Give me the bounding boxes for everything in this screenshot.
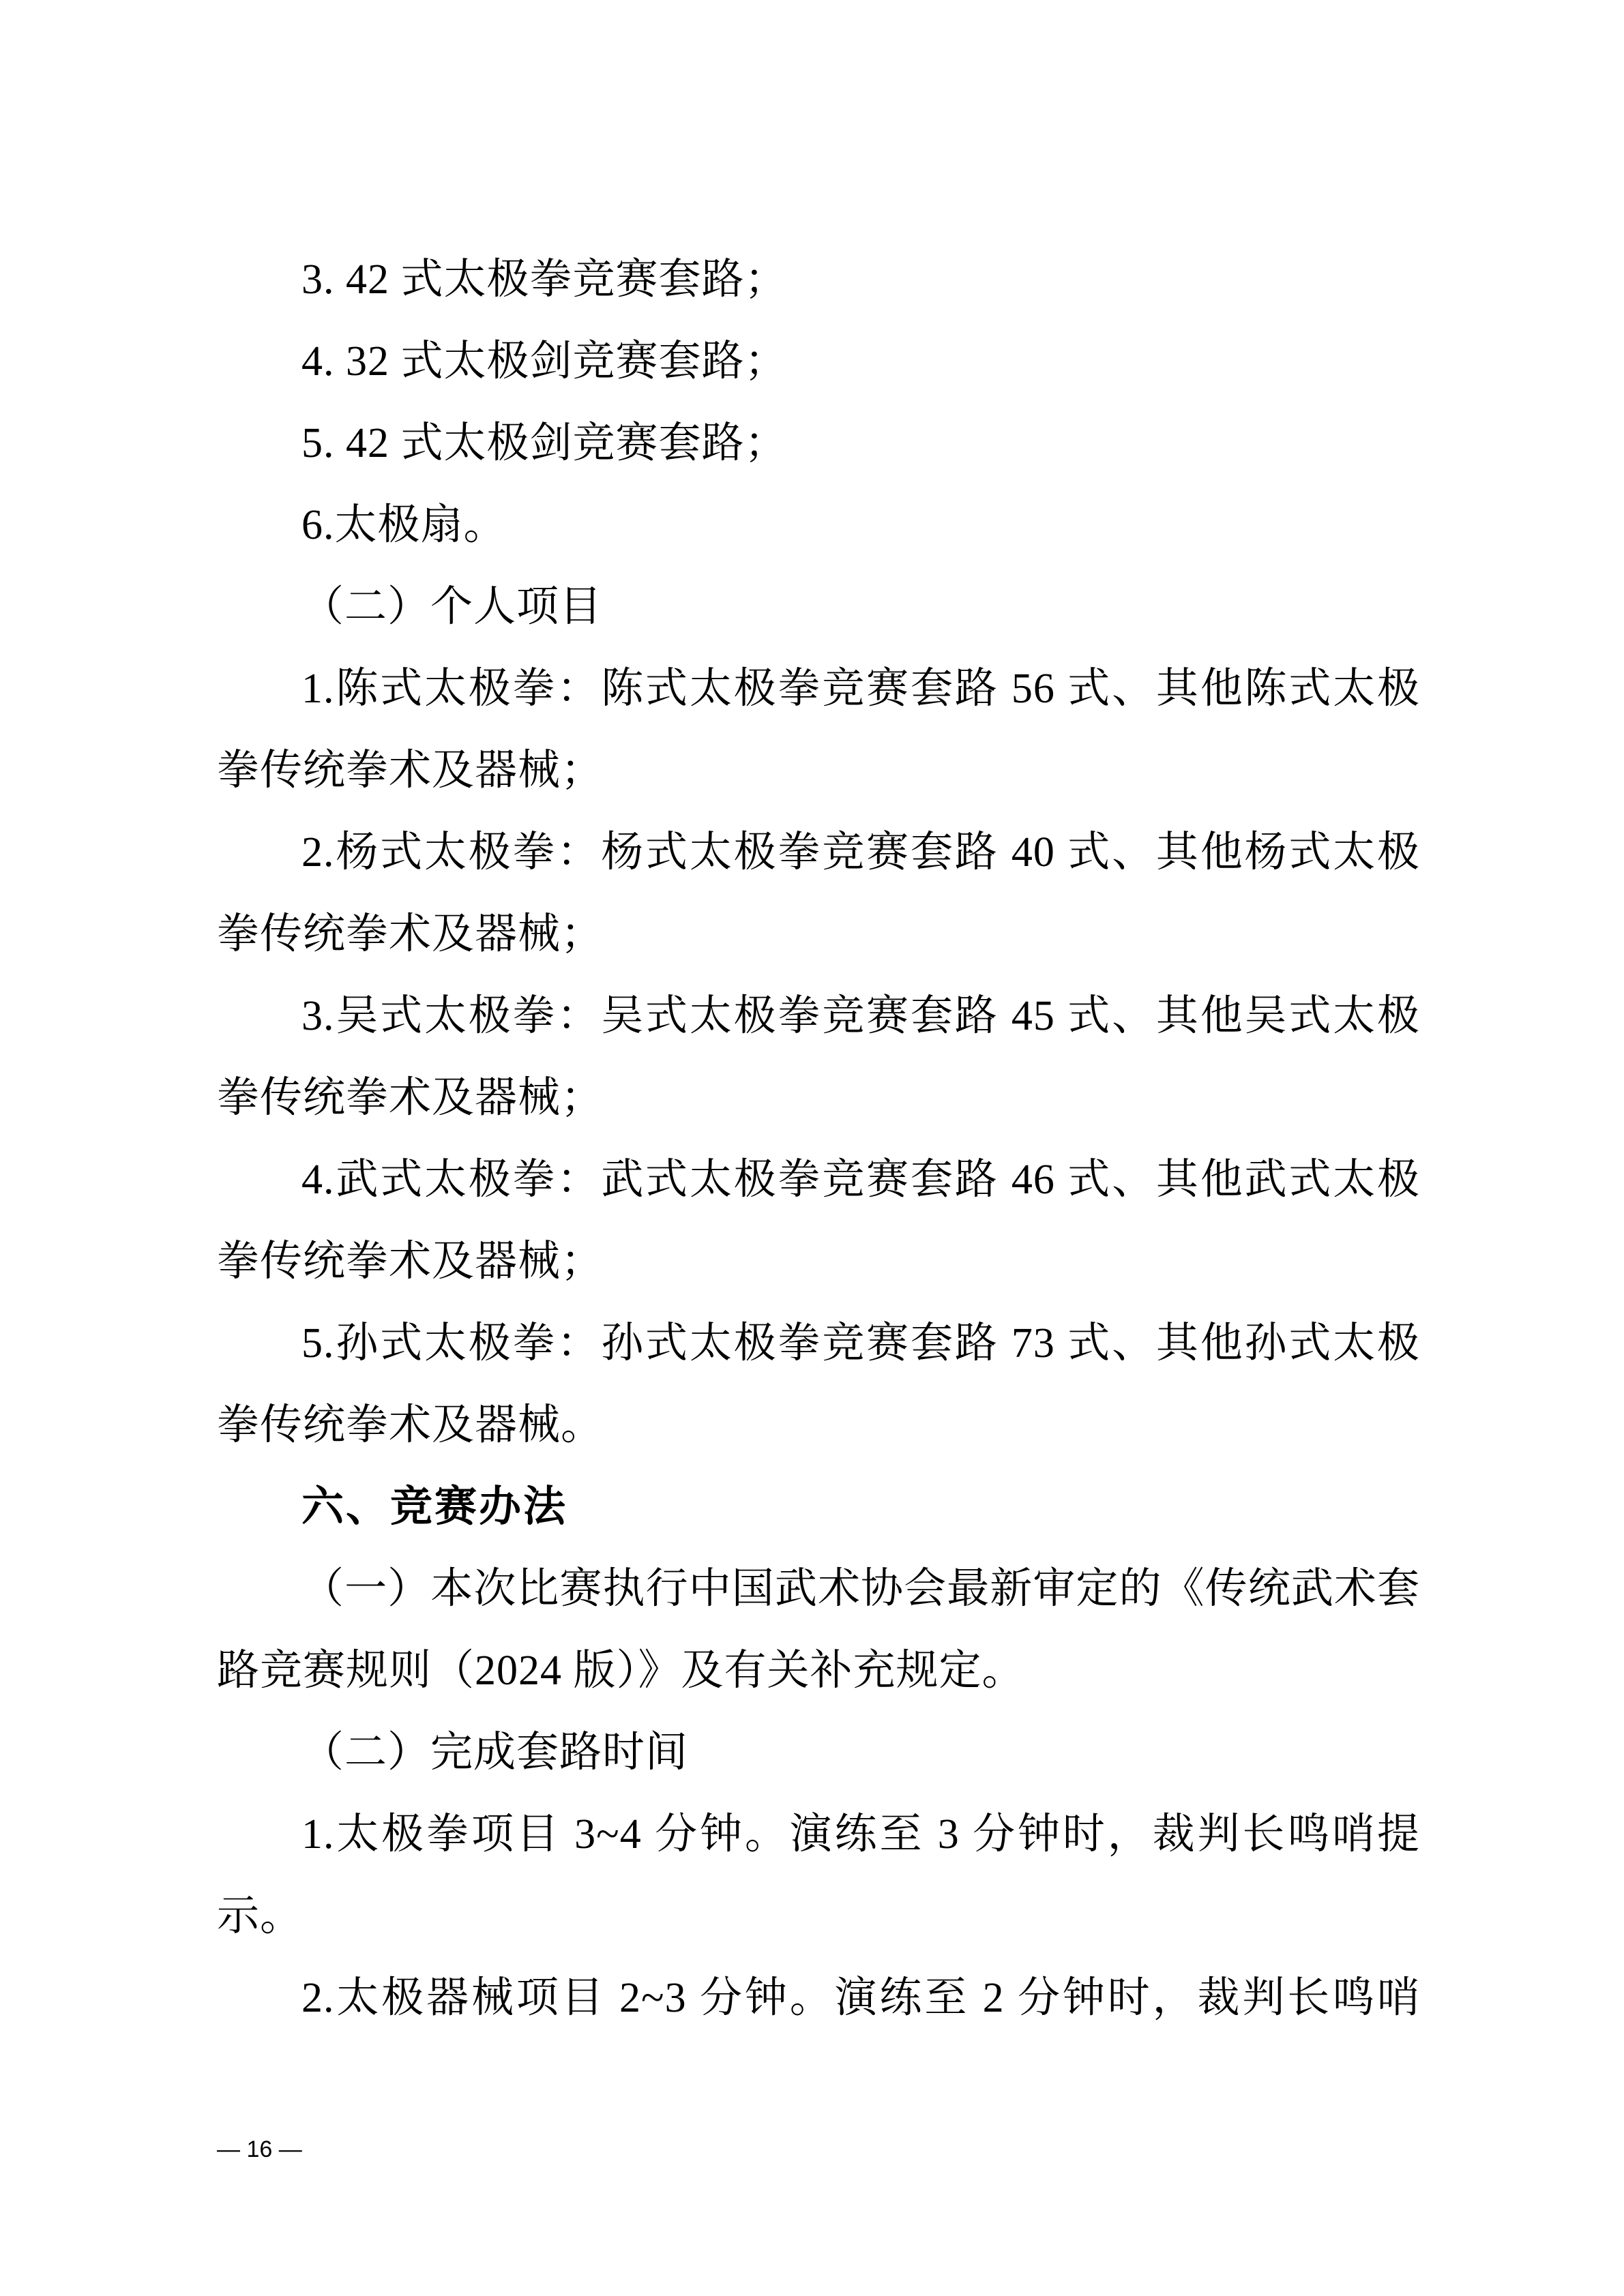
text-line: 4. 32 式太极剑竞赛套路；	[217, 320, 1420, 402]
text-line: 5. 42 式太极剑竞赛套路；	[217, 402, 1420, 484]
text-line: 2.太极器械项目 2~3 分钟。演练至 2 分钟时，裁判长鸣哨	[217, 1957, 1420, 2039]
text-line: 3.吴式太极拳：吴式太极拳竞赛套路 45 式、其他吴式太极	[217, 975, 1420, 1057]
document-body: 3. 42 式太极拳竞赛套路；4. 32 式太极剑竞赛套路；5. 42 式太极剑…	[217, 239, 1420, 2039]
text-line: （二）完成套路时间	[217, 1712, 1420, 1793]
page-number: — 16 —	[217, 2136, 302, 2162]
page-footer: — 16 —	[217, 2129, 302, 2170]
text-line: 1.太极拳项目 3~4 分钟。演练至 3 分钟时，裁判长鸣哨提	[217, 1793, 1420, 1875]
document-page: 3. 42 式太极拳竞赛套路；4. 32 式太极剑竞赛套路；5. 42 式太极剑…	[0, 0, 1624, 2296]
text-line: 拳传统拳术及器械；	[217, 730, 1420, 811]
text-line: （二）个人项目	[217, 566, 1420, 648]
text-line: 拳传统拳术及器械；	[217, 893, 1420, 975]
text-line: 示。	[217, 1875, 1420, 1957]
text-line: 六、竞赛办法	[217, 1466, 1420, 1548]
text-line: 4.武式太极拳：武式太极拳竞赛套路 46 式、其他武式太极	[217, 1139, 1420, 1221]
text-line: （一）本次比赛执行中国武术协会最新审定的《传统武术套	[217, 1548, 1420, 1630]
text-line: 拳传统拳术及器械；	[217, 1057, 1420, 1139]
text-line: 6.太极扇。	[217, 484, 1420, 566]
text-line: 5.孙式太极拳：孙式太极拳竞赛套路 73 式、其他孙式太极	[217, 1302, 1420, 1384]
text-line: 2.杨式太极拳：杨式太极拳竞赛套路 40 式、其他杨式太极	[217, 811, 1420, 893]
text-line: 3. 42 式太极拳竞赛套路；	[217, 239, 1420, 320]
text-line: 拳传统拳术及器械。	[217, 1384, 1420, 1466]
text-line: 1.陈式太极拳：陈式太极拳竞赛套路 56 式、其他陈式太极	[217, 648, 1420, 730]
text-line: 拳传统拳术及器械；	[217, 1221, 1420, 1302]
text-line: 路竞赛规则（2024 版）》及有关补充规定。	[217, 1630, 1420, 1712]
